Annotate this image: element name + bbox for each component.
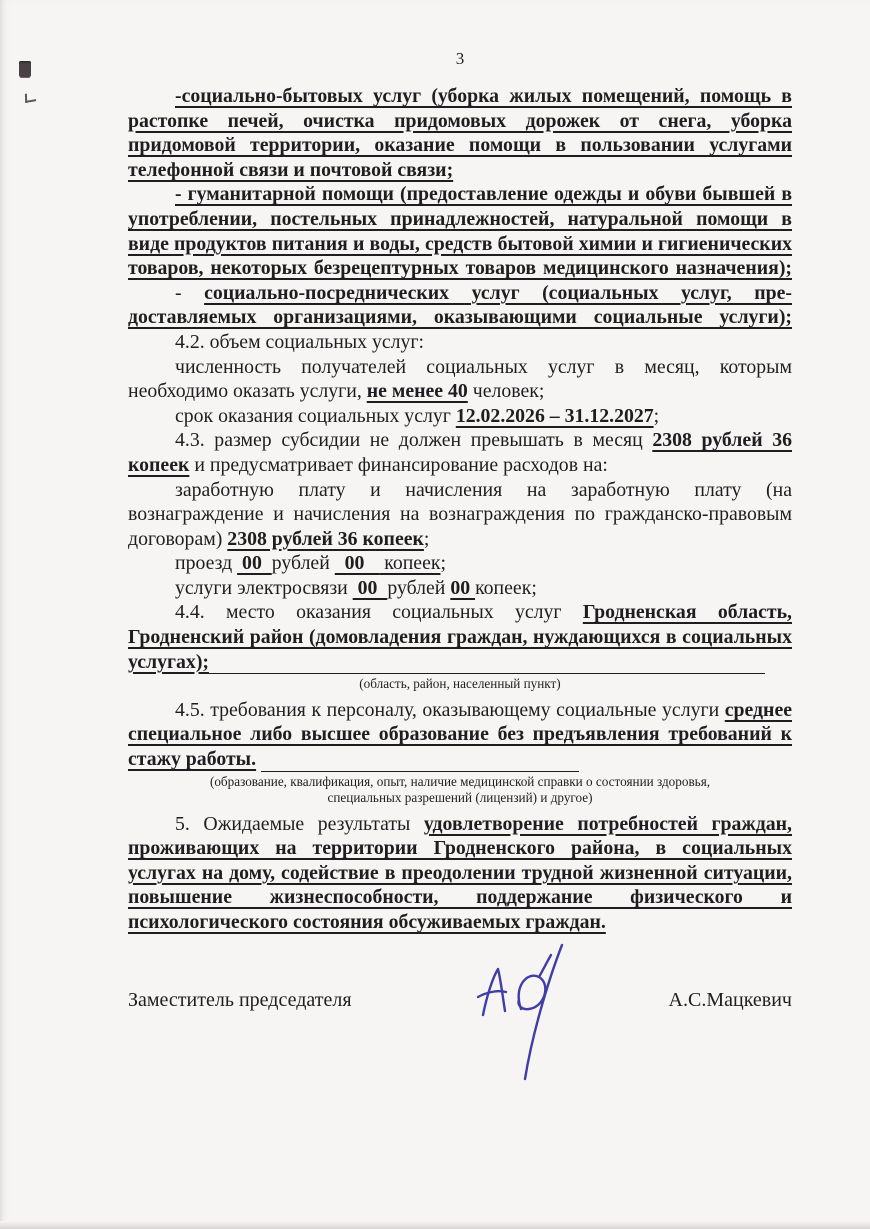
text-line: вознаграждение и начисления на вознаграж… (128, 502, 792, 527)
text-line: придомовой территории, оказание помощи в… (128, 133, 792, 158)
text-run: доставляемых организациями, оказывающими… (128, 306, 792, 328)
text-line: растопке печей, очистка придомовых дорож… (128, 109, 792, 134)
paragraph-recipients-count: численность получателей социальных услуг… (128, 355, 792, 404)
text-run: (область, район, населенный пункт) (359, 676, 560, 691)
text-line: доставляемых организациями, оказывающими… (128, 305, 792, 330)
text-line: срок оказания социальных услуг 12.02.202… (128, 404, 792, 429)
paragraph-4-2-volume: 4.2. объем социальных услуг: (128, 330, 792, 355)
text-run: 00 (353, 577, 388, 599)
text-line: численность получателей социальных услуг… (128, 355, 792, 380)
text-run: психологического состояния обсуживаемых … (128, 911, 606, 933)
text-line: 4.4. место оказания социальных услуг Гро… (128, 600, 792, 625)
text-run: виде продуктов питания и воды, средств б… (128, 233, 792, 255)
document-text: -социально-бытовых услуг (уборка жилых п… (128, 84, 792, 935)
text-line: проживающих на территории Гродненского р… (128, 836, 792, 861)
text-run: 2308 рублей 36 копеек (227, 528, 424, 550)
text-line: - гуманитарной помощи (предоставление од… (128, 182, 792, 207)
scan-artifact-mark (25, 92, 36, 103)
paragraph-5-expected-results: 5. Ожидаемые результаты удовлетворение п… (128, 812, 792, 935)
text-run: необходимо оказать услуги, (128, 380, 367, 402)
text-line: товаров, некоторых безрецептурных товаро… (128, 256, 792, 281)
text-run: копеек (128, 454, 189, 476)
text-run: телефонной связи и почтовой связи; (128, 159, 453, 181)
text-run: копеек; (475, 577, 537, 599)
text-line: специальных разрешений (лицензий) и друг… (128, 790, 792, 807)
caption-personnel: (образование, квалификация, опыт, наличи… (128, 774, 792, 807)
text-line: заработную плату и начисления на заработ… (128, 478, 792, 503)
text-run: Гродненский район (домовладения граждан,… (128, 626, 792, 648)
text-run: услуги электросвязи (175, 577, 353, 599)
signature-handwriting (465, 937, 585, 1087)
page-number: 3 (128, 0, 792, 70)
signatory-name: А.С.Мацкевич (669, 987, 792, 1013)
blank-underline (261, 751, 579, 772)
text-line: 4.5. требования к персоналу, оказывающем… (128, 698, 792, 723)
paragraph-humanitarian-aid: - гуманитарной помощи (предоставление од… (128, 182, 792, 280)
text-run: 4.5. требования к персоналу, оказывающем… (175, 699, 725, 721)
paragraph-social-household-services: -социально-бытовых услуг (уборка жилых п… (128, 84, 792, 182)
text-line: 5. Ожидаемые результаты удовлетворение п… (128, 812, 792, 837)
text-run: среднее (725, 699, 792, 721)
text-run: услугах на дому, содействие в преодолени… (128, 862, 792, 884)
text-run: человек; (468, 380, 545, 402)
text-run: срок оказания социальных услуг (175, 405, 456, 427)
paragraph-social-intermediary-services: - социально-посреднических услуг (социал… (128, 281, 792, 330)
text-run: рублей (272, 552, 335, 574)
paragraph-4-3-subsidy-size: 4.3. размер субсидии не должен превышать… (128, 428, 792, 477)
text-run: 5. Ожидаемые результаты (175, 813, 424, 835)
text-run: и предусматривает финансирование расходо… (189, 454, 607, 476)
text-line: (область, район, населенный пункт) (128, 676, 792, 693)
text-run: придомовой территории, оказание помощи в… (128, 134, 792, 156)
text-line: проезд 00 рублей 00 копеек; (128, 551, 792, 576)
text-run: 12.02.2026 – 31.12.2027 (456, 405, 654, 427)
text-run: - гуманитарной помощи (предоставление од… (175, 183, 792, 205)
text-run: проезд (175, 552, 237, 574)
text-run: копеек (379, 552, 440, 574)
text-run: социально-посреднических услуг (социальн… (204, 282, 792, 304)
text-run: 4.4. место оказания социальных услуг (175, 601, 583, 623)
text-run: повышение жизнеспособности, поддержание … (128, 886, 792, 908)
paragraph-4-4-location: 4.4. место оказания социальных услуг Гро… (128, 600, 792, 674)
text-line: Гродненский район (домовладения граждан,… (128, 625, 792, 650)
text-run: (образование, квалификация, опыт, наличи… (210, 774, 710, 789)
text-run: 00 (335, 552, 380, 574)
text-run: 00 (237, 552, 272, 574)
text-line: услугах на дому, содействие в преодолени… (128, 861, 792, 886)
text-line: повышение жизнеспособности, поддержание … (128, 885, 792, 910)
text-run: договорам) (128, 528, 227, 550)
text-run: 4.3. размер субсидии не должен превышать… (175, 429, 652, 451)
text-line: телефонной связи и почтовой связи; (128, 158, 792, 183)
text-line: необходимо оказать услуги, не менее 40 ч… (128, 379, 792, 404)
text-line: (образование, квалификация, опыт, наличи… (128, 774, 792, 791)
text-run: проживающих на территории Гродненского р… (128, 837, 792, 859)
text-run: 4.2. объем социальных услуг: (175, 331, 424, 353)
text-line: специальное либо высшее образование без … (128, 722, 792, 747)
paragraph-4-5-personnel: 4.5. требования к персоналу, оказывающем… (128, 698, 792, 772)
text-run: 2308 рублей 36 (652, 429, 792, 451)
text-run: -социально-бытовых услуг (уборка жилых п… (175, 85, 792, 107)
page: 3 -социально-бытовых услуг (уборка жилых… (0, 0, 870, 1229)
text-line: услуги электросвязи 00 рублей 00 копеек; (128, 576, 792, 601)
text-run: численность получателей социальных услуг… (175, 356, 792, 378)
text-line: употреблении, постельных принадлежностей… (128, 207, 792, 232)
scan-artifact-staple (19, 61, 31, 77)
text-run: заработную плату и начисления на заработ… (175, 479, 792, 501)
text-run: услугах); (128, 651, 209, 673)
text-run: растопке печей, очистка придомовых дорож… (128, 110, 792, 132)
text-run: специальное либо высшее образование без … (128, 723, 792, 745)
text-run: стажу работы. (128, 748, 256, 770)
text-run: товаров, некоторых безрецептурных товаро… (128, 257, 792, 279)
text-line: услугах); (128, 650, 792, 675)
text-run: удовлетворение потребностей граждан, (424, 813, 792, 835)
paragraph-telecom-costs: услуги электросвязи 00 рублей 00 копеек; (128, 576, 792, 601)
paragraph-travel-costs: проезд 00 рублей 00 копеек; (128, 551, 792, 576)
text-line: психологического состояния обсуживаемых … (128, 910, 792, 935)
text-run: Гродненская область, (583, 601, 792, 623)
text-line: договорам) 2308 рублей 36 копеек; (128, 527, 792, 552)
paragraph-service-period: срок оказания социальных услуг 12.02.202… (128, 404, 792, 429)
text-run: не менее 40 (367, 380, 468, 402)
text-line: 4.3. размер субсидии не должен превышать… (128, 428, 792, 453)
text-run: ; (654, 405, 660, 427)
text-run: рублей (387, 577, 450, 599)
text-line: стажу работы. (128, 747, 792, 772)
text-line: виде продуктов питания и воды, средств б… (128, 232, 792, 257)
text-run: ; (424, 528, 430, 550)
text-run: употреблении, постельных принадлежностей… (128, 208, 792, 230)
caption-location: (область, район, населенный пункт) (128, 676, 792, 693)
text-run: ; (440, 552, 446, 574)
text-run: 00 (450, 577, 475, 599)
text-run: - (175, 282, 204, 304)
signatory-title: Заместитель председателя (128, 987, 352, 1013)
signature-block: Заместитель председателя А.С.Мацкевич (128, 987, 792, 1013)
paragraph-salary: заработную плату и начисления на заработ… (128, 478, 792, 552)
text-line: -социально-бытовых услуг (уборка жилых п… (128, 84, 792, 109)
blank-underline (209, 653, 765, 674)
text-line: - социально-посреднических услуг (социал… (128, 281, 792, 306)
text-run: вознаграждение и начисления на вознаграж… (128, 503, 792, 525)
text-line: копеек и предусматривает финансирование … (128, 453, 792, 478)
text-line: 4.2. объем социальных услуг: (128, 330, 792, 355)
text-run: специальных разрешений (лицензий) и друг… (328, 790, 593, 805)
